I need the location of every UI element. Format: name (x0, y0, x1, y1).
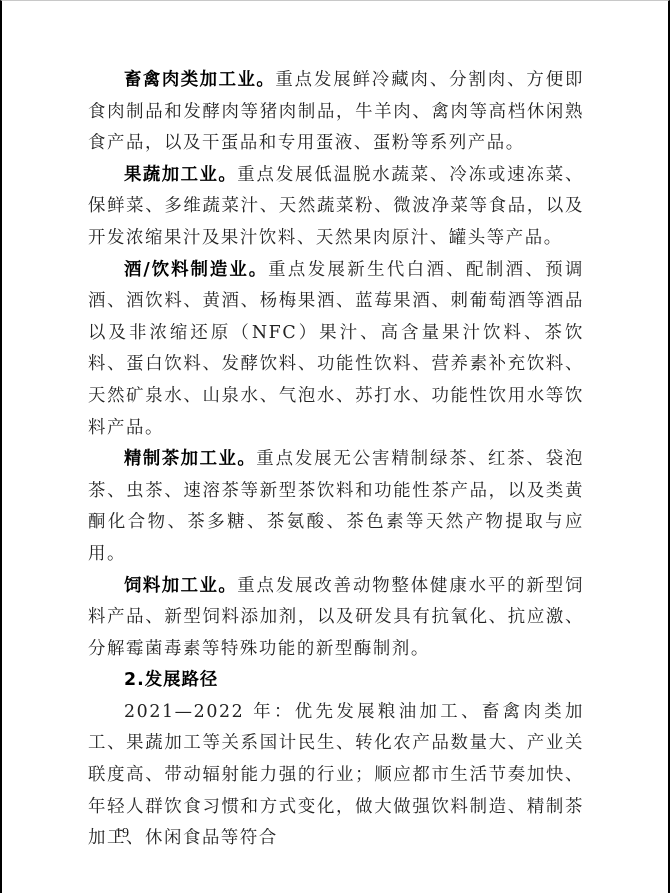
page-content: 畜禽肉类加工业。重点发展鲜冷藏肉、分割肉、方便即食肉制品和发酵肉等猪肉制品，牛羊… (88, 65, 584, 855)
paragraph-lead: 酒/饮料制造业。 (124, 260, 268, 280)
document-page: 畜禽肉类加工业。重点发展鲜冷藏肉、分割肉、方便即食肉制品和发酵肉等猪肉制品，牛羊… (0, 0, 670, 893)
paragraph-lead: 畜禽肉类加工业。 (124, 70, 275, 90)
paragraph-lead: 精制茶加工业。 (124, 449, 256, 469)
paragraph-feed-processing: 饲料加工业。重点发展改善动物整体健康水平的新型饲料产品、新型饲料添加剂，以及研发… (88, 571, 584, 666)
paragraph-lead: 饲料加工业。 (124, 576, 237, 596)
paragraph-lead: 果蔬加工业。 (124, 165, 237, 185)
paragraph-body: 重点发展新生代白酒、配制酒、预调酒、酒饮料、黄酒、杨梅果酒、蓝莓果酒、刺葡萄酒等… (88, 260, 584, 438)
paragraph-liquor-beverage: 酒/饮料制造业。重点发展新生代白酒、配制酒、预调酒、酒饮料、黄酒、杨梅果酒、蓝莓… (88, 255, 584, 445)
paragraph-refined-tea: 精制茶加工业。重点发展无公害精制绿茶、红茶、袋泡茶、虫茶、速溶茶等新型茶饮料和功… (88, 444, 584, 570)
paragraph-livestock-meat: 畜禽肉类加工业。重点发展鲜冷藏肉、分割肉、方便即食肉制品和发酵肉等猪肉制品，牛羊… (88, 65, 584, 160)
page-number: 19 (115, 826, 129, 842)
paragraph-development-path: 2021—2022 年：优先发展粮油加工、畜禽肉类加工、果蔬加工等关系国计民生、… (88, 697, 584, 855)
section-heading: 2.发展路径 (88, 665, 584, 697)
paragraph-fruit-vegetable: 果蔬加工业。重点发展低温脱水蔬菜、冷冻或速冻菜、保鲜菜、多维蔬菜汁、天然蔬菜粉、… (88, 160, 584, 255)
